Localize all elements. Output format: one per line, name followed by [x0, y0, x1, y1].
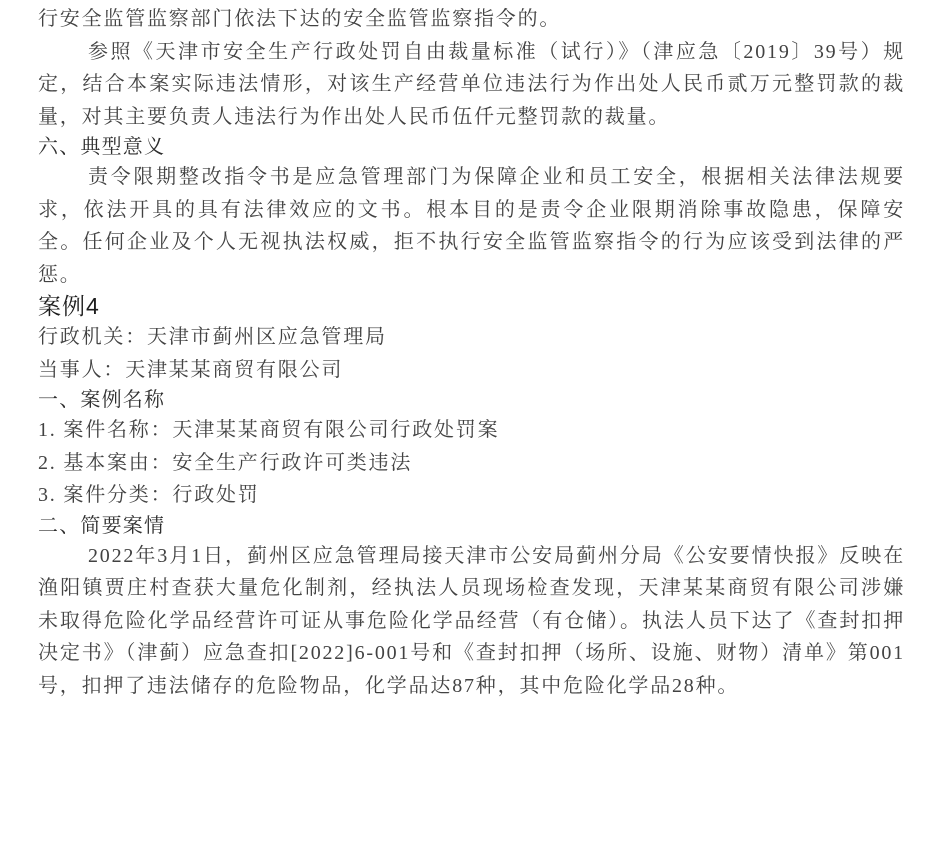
heading-brief-facts: 二、简要案情	[38, 512, 905, 540]
heading-typical-significance: 六、典型意义	[38, 133, 905, 161]
item-case-name: 1. 案件名称：天津某某商贸有限公司行政处罚案	[38, 414, 905, 447]
line-administrative-authority: 行政机关：天津市蓟州区应急管理局	[38, 321, 905, 354]
item-case-cause: 2. 基本案由：安全生产行政许可类违法	[38, 447, 905, 480]
line-party: 当事人：天津某某商贸有限公司	[38, 354, 905, 387]
heading-case-name: 一、案例名称	[38, 386, 905, 414]
paragraph-continuation: 行安全监管监察部门依法下达的安全监管监察指令的。	[38, 3, 905, 36]
paragraph-penalty-discretion: 参照《天津市安全生产行政处罚自由裁量标准（试行）》（津应急〔2019〕39号）规…	[38, 36, 905, 134]
document-page: 行安全监管监察部门依法下达的安全监管监察指令的。 参照《天津市安全生产行政处罚自…	[0, 0, 941, 867]
case4-title: 案例4	[38, 291, 905, 321]
paragraph-brief-facts: 2022年3月1日，蓟州区应急管理局接天津市公安局蓟州分局《公安要情快报》反映在…	[38, 540, 905, 703]
item-case-category: 3. 案件分类：行政处罚	[38, 479, 905, 512]
paragraph-typical-significance: 责令限期整改指令书是应急管理部门为保障企业和员工安全，根据相关法律法规要求，依法…	[38, 161, 905, 291]
